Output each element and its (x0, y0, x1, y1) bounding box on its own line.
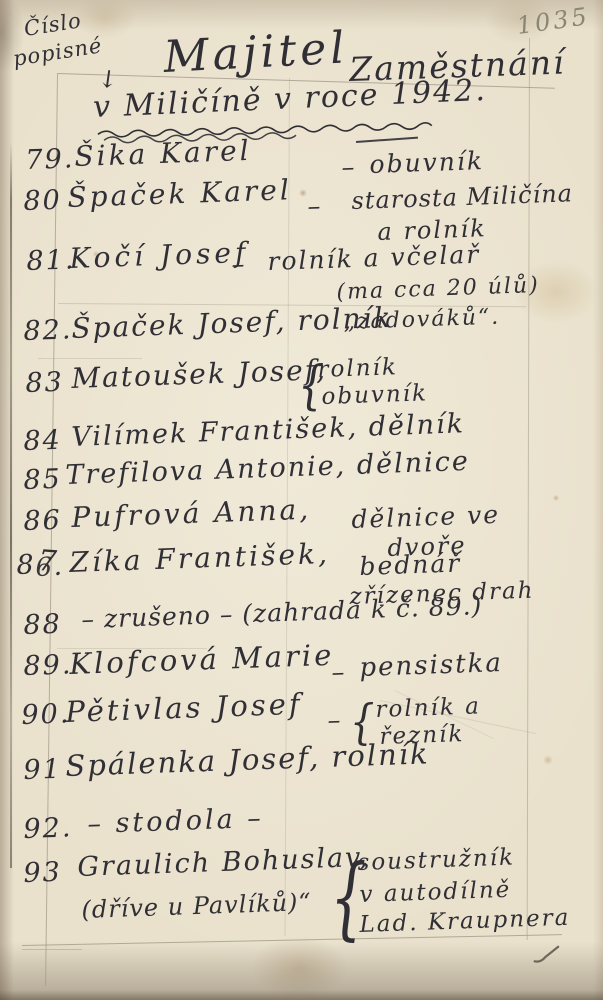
occupation: v autodílně (359, 877, 512, 908)
occupation: Lad. Kraupnera (359, 905, 571, 938)
separator-dash: – (231, 249, 247, 280)
table-bottom-line (22, 934, 562, 946)
column-line-right (527, 38, 531, 940)
separator-dash: – (307, 191, 323, 222)
house-number: 79. (25, 143, 75, 176)
separator-dash: – (331, 657, 347, 688)
owner-name: Trefilova Antonie, dělnice (65, 446, 470, 491)
occupation: rolník a včelař (267, 240, 481, 276)
check-mark-icon (531, 944, 563, 965)
owner-name: Špaček Josef, rolník (71, 301, 393, 345)
house-number-dot: . (53, 551, 65, 582)
occupation: obuvník (321, 380, 428, 410)
occupation: soustružník (357, 845, 515, 876)
house-number: 84 (23, 425, 62, 457)
house-number: 90. (21, 698, 71, 731)
owner-name: Vilímek František, dělník (71, 408, 466, 453)
owner-name: Pufrová Anna, (71, 493, 312, 534)
house-number: 82. (23, 314, 73, 347)
occupation: pensistka (359, 648, 503, 683)
occupation: rolník (317, 354, 398, 383)
house-number: 83 (25, 367, 64, 399)
header-number-col-line1: Číslo (22, 8, 83, 41)
owner-name: Kočí Josef (69, 236, 250, 275)
owner-name-note: (dříve u Pavlíků)“ (81, 888, 312, 924)
occupation-note: (ma cca 20 úlů) (336, 273, 540, 305)
house-number: 91 (23, 754, 62, 786)
separator-dash: – (341, 152, 357, 183)
occupation: bednář (359, 548, 462, 581)
owner-name: Klofcová Marie (69, 638, 335, 681)
owner-name: Špaček Karel (67, 173, 292, 214)
house-number: 86 (23, 505, 62, 537)
row-note: – stodola – (87, 803, 264, 840)
owner-name: Zíka František, (69, 537, 331, 579)
house-number: 93 (23, 857, 62, 889)
house-number-digit: 8 (16, 549, 36, 581)
owner-name: Šika Karel (74, 134, 252, 173)
owner-name: Pětivlas Josef (65, 687, 303, 729)
house-number: 80 (23, 185, 62, 217)
owner-name: Spálenka Josef, rolník (65, 736, 430, 783)
occupation: obuvník (369, 146, 484, 179)
occupation: rolník a (375, 693, 481, 723)
owner-name: Graulich Bohuslav, (77, 842, 370, 883)
row-note: – zrušeno – (zahrada k č. 89.) (81, 591, 483, 634)
occupation: starosta Miličína (351, 179, 573, 215)
house-number: 85 (23, 464, 62, 496)
house-number: 88 (23, 609, 62, 641)
table-bottom-tail-line (22, 949, 82, 950)
ledger-page: 1035 Číslo popisné ↓ Majitel Zaměstnání … (0, 0, 603, 1000)
house-number: 89. (23, 649, 73, 682)
page-number: 1035 (515, 2, 591, 40)
occupation: dělnice ve (351, 500, 500, 534)
header-owner: Majitel (162, 22, 349, 83)
left-margin-line (10, 142, 12, 868)
separator-dash: – (327, 705, 343, 736)
house-number: 92. (23, 812, 73, 845)
